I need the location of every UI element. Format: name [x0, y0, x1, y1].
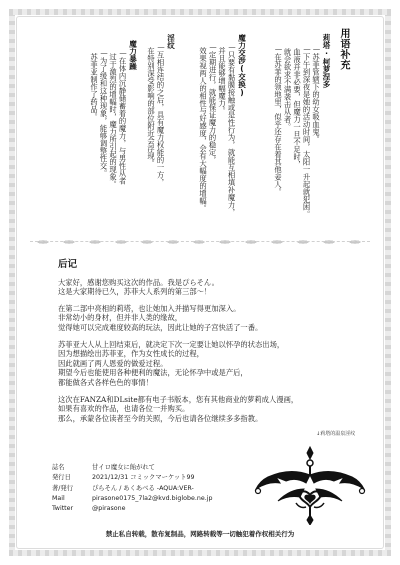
glossary-section: 用语补充 莉塔·柯萝涅多 —苏菲管辖下的幼女吸血鬼。 —下午到深夜是她的活动时间… — [60, 28, 350, 223]
colophon-row-title: 誌名 甘イロ魔女に飴がれて — [52, 463, 213, 473]
glossary-entry-mana-rampage: 魔力暴躁 —在体内沉静储蓄着的魔力，与男性从者 过于激烈的增幅时，魔力所引起的现… — [90, 34, 139, 223]
colophon-row-mail: Mail pirasone0175_7la2@kvd.biglobe.ne.jp — [52, 494, 213, 504]
afterword-section: 后记 大家好，感谢您购买这次的作品。我是ぴらそん。 这是大家期待已久，苏菲大人系… — [58, 260, 368, 430]
crest-emblem-icon — [250, 445, 370, 525]
glossary-entry-mana-exchange: 魔力交涉(交换) —只要有黏膜接触或是性行为，就能互相填补魔力， 并且能够增幅魔… — [199, 28, 248, 223]
afterword-paragraph: 在第二部中亮相的莉塔，也让她加入并描写得更加深入。 非常幼小的身材，但并非人类的… — [58, 304, 368, 333]
entry-heading: 淫纹 — [166, 34, 177, 49]
afterword-paragraph: 这次在FANZA和DLsite都有电子书版本，您有其他商业的萝莉成人漫画， 如果… — [58, 395, 368, 424]
emblem-caption: ↓莉塔的温泉淫纹 — [316, 430, 355, 437]
entry-line: —只要有黏膜接触或是性行为，就能互相填补魔力， — [227, 42, 237, 216]
entry-line: 就会欲求不满袭击从者。 — [283, 48, 293, 131]
colophon-value: 2021/12/31 コミックマーケット99 — [92, 473, 195, 483]
entry-line: —在苏菲的领地里，似乎还存在着其他妾人。 — [274, 44, 284, 196]
entry-line: 并且能够增幅魔力。 — [218, 47, 228, 115]
colophon-row-date: 発行日 2021/12/31 コミックマーケット99 — [52, 473, 213, 483]
entry-line: —为了缓和这种现象，能够调整性交。 — [99, 48, 109, 177]
entry-line: 血液并非必要，但魔力一旦不足时， — [293, 48, 303, 168]
glossary-entry-lewd-crest: 淫纹 —互相连结的之后，具有魔力权能的一方， 在特别深受影响的部位附近会浮现。 — [147, 28, 177, 223]
copyright-notice: 禁止私自转载，散布复制品，网路转载等一切触犯着作权相关行为 — [40, 529, 360, 538]
colophon-key: 著/発行 — [52, 484, 92, 494]
entry-heading: 魔力交涉(交换) — [237, 34, 248, 97]
entry-line: 苏菲亚制作了药品。 — [90, 53, 100, 121]
afterword-title: 后记 — [58, 260, 368, 270]
colophon-key: 誌名 — [52, 463, 92, 473]
entry-heading: 魔力暴躁 — [128, 40, 139, 70]
entry-line: —苏菲管辖下的幼女吸血鬼。 — [312, 44, 322, 143]
glossary-entry-lita: 莉塔·柯萝涅多 —苏菲管辖下的幼女吸血鬼。 —下午到深夜是她的活动时间，太阳一升… — [274, 28, 333, 223]
afterword-paragraph: 苏菲亚大人从上回结束后，就决定下次一定要让她以怀孕的状态出场， 因为想描绘出苏菲… — [58, 340, 368, 388]
entry-line: 过于激烈的增幅时，魔力所引起的现象。 — [109, 53, 119, 188]
colophon-value: 甘イロ魔女に飴がれて — [92, 463, 155, 473]
ornamental-divider — [30, 238, 370, 246]
colophon-value: ぴらそん / あくあべる -AQUA:VER- — [92, 484, 194, 494]
colophon-key: Twitter — [52, 504, 92, 514]
colophon-value: pirasone0175_7la2@kvd.biglobe.ne.jp — [92, 494, 213, 504]
colophon: 誌名 甘イロ魔女に飴がれて 発行日 2021/12/31 コミックマーケット99… — [52, 463, 213, 514]
entry-line: —下午到深夜是她的活动时间，太阳一升起就犯困。 — [302, 44, 312, 218]
entry-line: 效果视两人的相性与好感度，会有大幅度的增幅。 — [199, 47, 209, 212]
glossary-title: 用语补充 — [336, 28, 350, 223]
entry-heading: 莉塔·柯萝涅多 — [321, 34, 332, 88]
colophon-key: Mail — [52, 494, 92, 504]
colophon-key: 発行日 — [52, 473, 92, 483]
afterword-paragraph: 大家好，感谢您购买这次的作品。我是ぴらそん。 这是大家期待已久，苏菲大人系列的第… — [58, 278, 368, 297]
entry-line: —互相连结的之后，具有魔力权能的一方， — [156, 42, 166, 186]
entry-line: —定期进行，就能保证魔力的稳定， — [208, 42, 218, 164]
entry-line: 在特别深受影响的部位附近会浮现。 — [147, 47, 157, 167]
colophon-row-author: 著/発行 ぴらそん / あくあべる -AQUA:VER- — [52, 484, 213, 494]
entry-line: —在体内沉静储蓄着的魔力，与男性从者 — [118, 48, 128, 185]
colophon-row-twitter: Twitter @pirasone — [52, 504, 213, 514]
colophon-value: @pirasone — [92, 504, 126, 514]
